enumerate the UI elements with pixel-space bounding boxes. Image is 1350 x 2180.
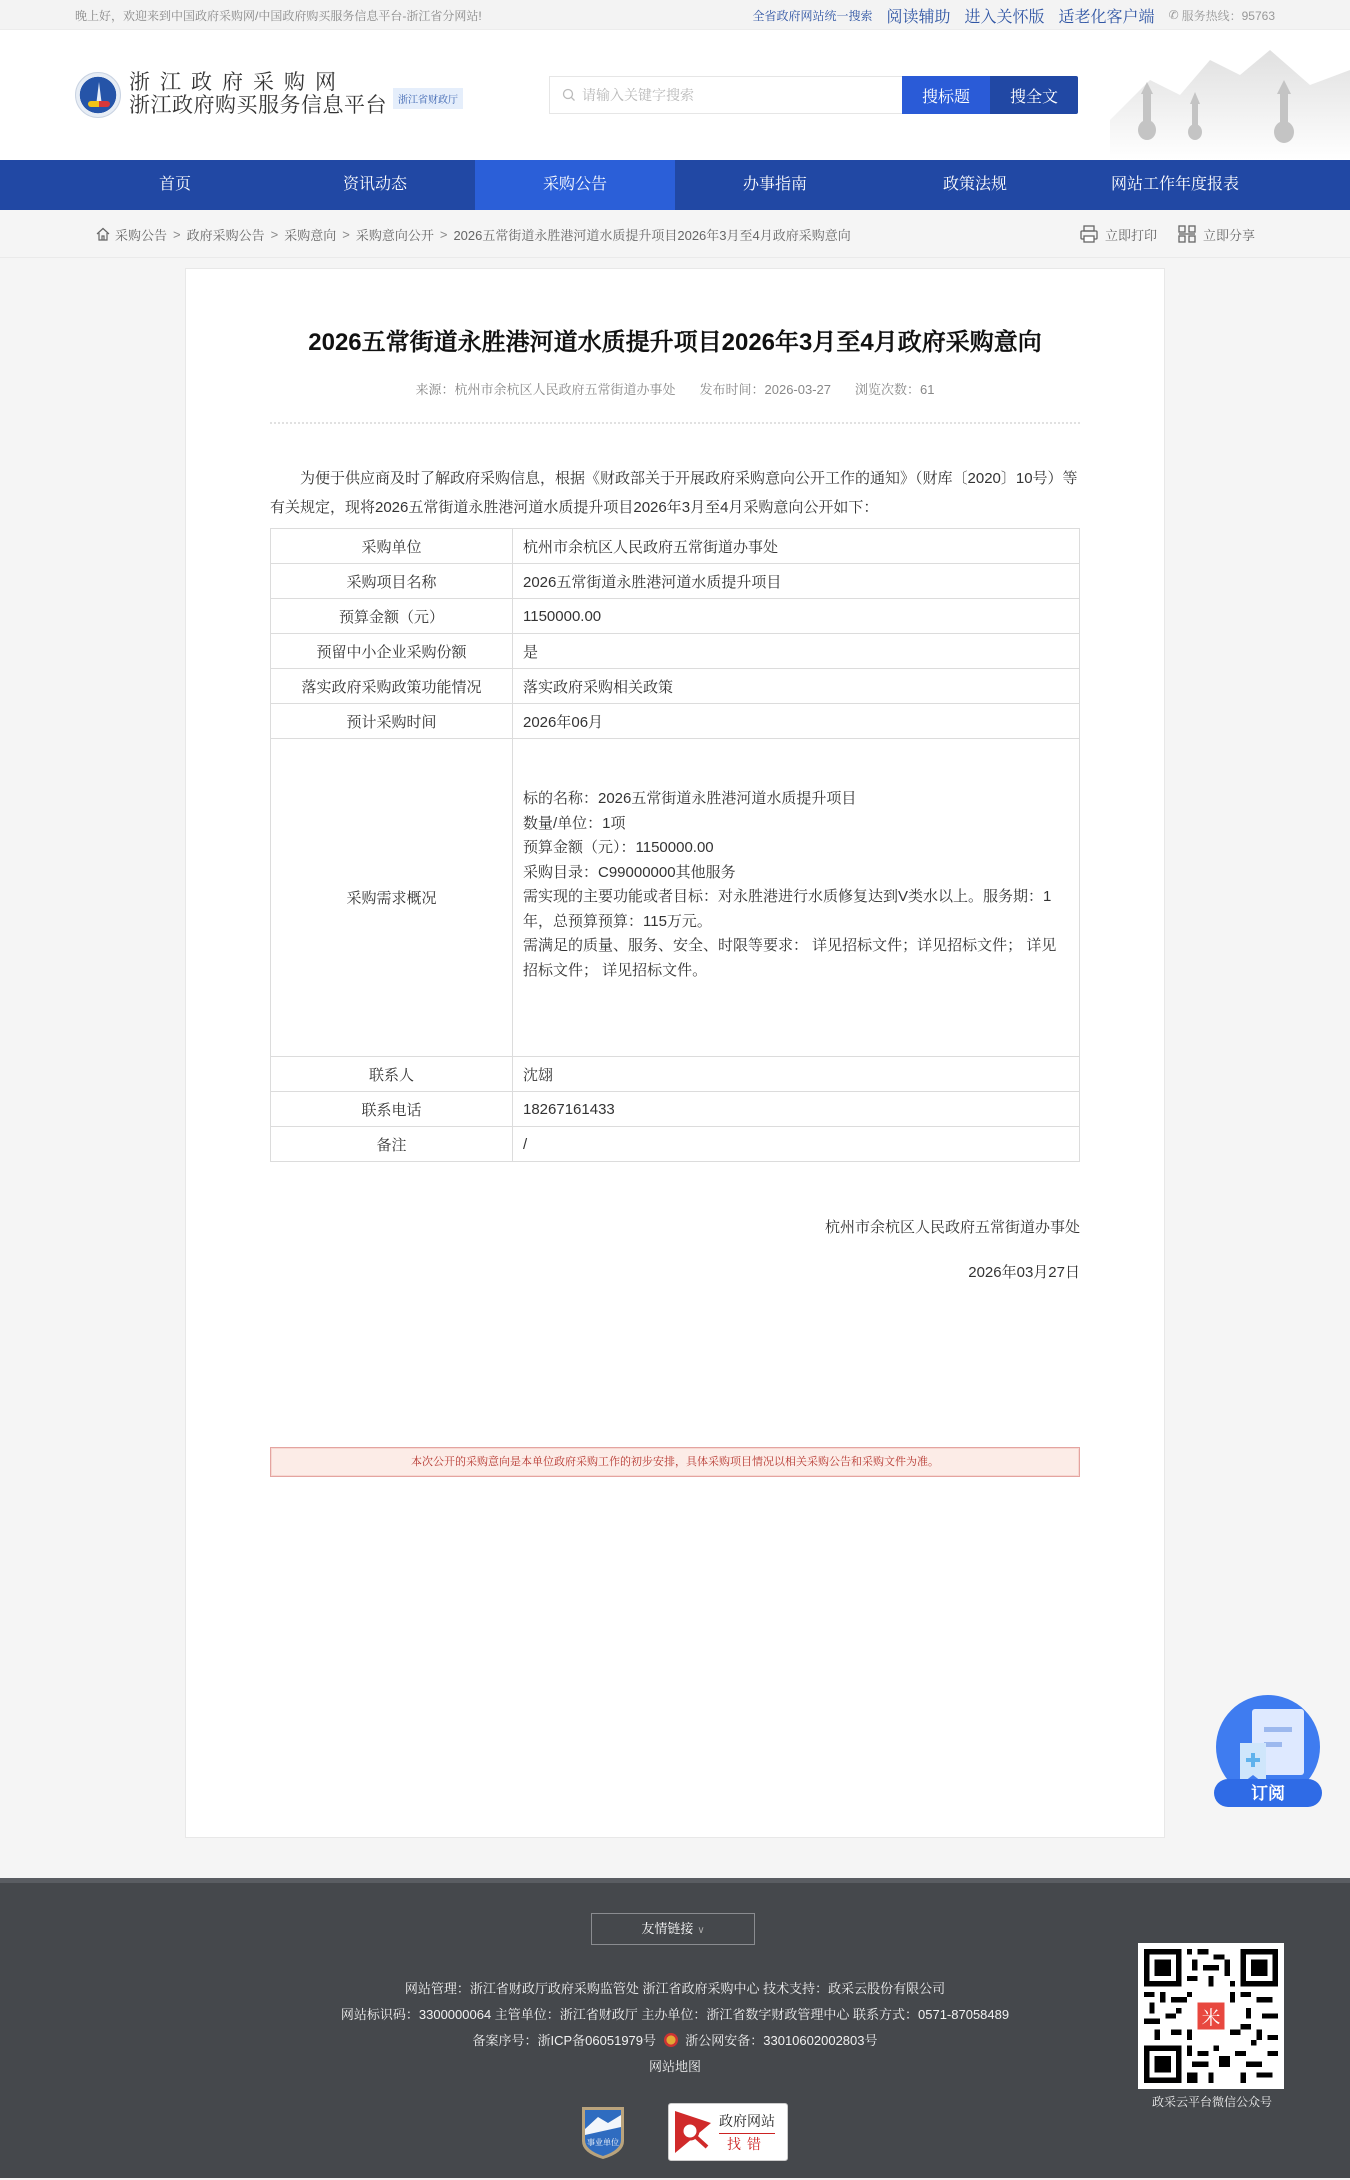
magnifier-icon xyxy=(673,2109,713,2155)
table-row: 采购项目名称2026五常街道永胜港河道水质提升项目 xyxy=(271,564,1080,599)
row-key: 联系电话 xyxy=(271,1092,513,1127)
top-links: 全省政府网站统一搜索 阅读辅助 进入关怀版 适老化客户端 ✆ 服务热线：9576… xyxy=(753,4,1276,27)
qrcode-image: 米 xyxy=(1144,1949,1278,2083)
breadcrumb-item[interactable]: 采购公告 xyxy=(115,225,167,244)
table-row: 落实政府采购政策功能情况落实政府采购相关政策 xyxy=(271,669,1080,704)
nav-annual-report[interactable]: 网站工作年度报表 xyxy=(1075,160,1275,210)
demand-line: 标的名称：2026五常街道永胜港河道水质提升项目 xyxy=(523,787,1069,812)
breadcrumb: 采购公告> 政府采购公告> 采购意向> 采购意向公开> 2026五常街道永胜港河… xyxy=(95,225,851,244)
article-meta: 来源：杭州市余杭区人民政府五常街道办事处 发布时间：2026-03-27 浏览次… xyxy=(270,379,1080,398)
welcome-text: 晚上好，欢迎来到中国政府采购网/中国政府购买服务信息平台-浙江省分网站! xyxy=(75,7,482,24)
nav-policy[interactable]: 政策法规 xyxy=(875,160,1075,210)
police-emblem-icon xyxy=(664,2033,678,2047)
nav-home[interactable]: 首页 xyxy=(75,160,275,210)
home-icon[interactable] xyxy=(95,226,111,242)
row-value: 落实政府采购相关政策 xyxy=(513,669,1080,704)
row-key: 预留中小企业采购份额 xyxy=(271,634,513,669)
row-value: 杭州市余杭区人民政府五常街道办事处 xyxy=(513,529,1080,564)
elderly-client-link[interactable]: 适老化客户端 xyxy=(1059,4,1155,27)
demand-line: 数量/单位：1项 xyxy=(523,812,1069,837)
table-row: 预计采购时间2026年06月 xyxy=(271,704,1080,739)
search-input[interactable] xyxy=(582,87,882,103)
article-card: 2026五常街道永胜港河道水质提升项目2026年3月至4月政府采购意向 来源：杭… xyxy=(185,268,1165,1838)
qrcode-label: 政采云平台微信公众号 xyxy=(1120,2093,1304,2110)
printer-icon xyxy=(1079,224,1099,244)
breadcrumb-item[interactable]: 采购意向 xyxy=(284,225,336,244)
signature-date: 2026年03月27日 xyxy=(270,1261,1080,1282)
demand-line: 需满足的质量、服务、安全、时限等要求： 详见招标文件；详见招标文件； 详见招标文… xyxy=(523,934,1069,983)
demand-summary: 标的名称：2026五常街道永胜港河道水质提升项目数量/单位：1项预算金额（元）：… xyxy=(513,739,1079,983)
row-key: 采购项目名称 xyxy=(271,564,513,599)
finance-dept-badge: 浙江省财政厅 xyxy=(393,88,463,109)
row-value: 18267161433 xyxy=(513,1092,1080,1127)
breadcrumb-item[interactable]: 政府采购公告 xyxy=(187,225,265,244)
demand-line: 采购目录：C99000000其他服务 xyxy=(523,861,1069,886)
site-logo[interactable]: 浙江政府采购网 浙江政府购买服务信息平台 浙江省财政厅 xyxy=(75,72,463,118)
search-icon xyxy=(562,88,576,102)
table-row: 联系人沈翃 xyxy=(271,1057,1080,1092)
icp-link[interactable]: 备案序号：浙ICP备06051979号 xyxy=(473,2033,657,2048)
row-value: 2026五常街道永胜港河道水质提升项目 xyxy=(513,564,1080,599)
row-key: 采购单位 xyxy=(271,529,513,564)
row-key: 预计采购时间 xyxy=(271,704,513,739)
svg-text:米: 米 xyxy=(1202,2007,1221,2029)
table-row: 备注/ xyxy=(271,1127,1080,1162)
site-footer: 友情链接∨ 网站管理：浙江省财政厅政府采购监管处 浙江省政府采购中心 技术支持：… xyxy=(0,1878,1350,2178)
article-intro: 为便于供应商及时了解政府采购信息，根据《财政部关于开展政府采购意向公开工作的通知… xyxy=(270,464,1080,522)
table-row: 采购单位杭州市余杭区人民政府五常街道办事处 xyxy=(271,529,1080,564)
nav-procurement-notices[interactable]: 采购公告 xyxy=(475,160,675,210)
row-key: 预算金额（元） xyxy=(271,599,513,634)
care-version-link[interactable]: 进入关怀版 xyxy=(965,4,1045,27)
province-search-link[interactable]: 全省政府网站统一搜索 xyxy=(753,7,873,24)
nav-news[interactable]: 资讯动态 xyxy=(275,160,475,210)
phone-icon: ✆ xyxy=(1169,8,1179,22)
top-bar: 晚上好，欢迎来到中国政府采购网/中国政府购买服务信息平台-浙江省分网站! 全省政… xyxy=(0,0,1350,30)
row-value: 2026年06月 xyxy=(513,704,1080,739)
public-institution-badge[interactable]: 事业单位 xyxy=(578,2103,628,2161)
friend-links-dropdown[interactable]: 友情链接∨ xyxy=(591,1913,755,1945)
table-row: 采购需求概况 标的名称：2026五常街道永胜港河道水质提升项目数量/单位：1项预… xyxy=(271,739,1080,1057)
nav-guide[interactable]: 办事指南 xyxy=(675,160,875,210)
logo-subtitle: 浙江政府购买服务信息平台 xyxy=(129,94,387,118)
logo-title: 浙江政府采购网 xyxy=(129,72,387,94)
procurement-table: 采购单位杭州市余杭区人民政府五常街道办事处采购项目名称2026五常街道永胜港河道… xyxy=(270,528,1080,1162)
site-header: 浙江政府采购网 浙江政府购买服务信息平台 浙江省财政厅 搜标题 搜全文 xyxy=(0,30,1350,160)
svg-text:事业单位: 事业单位 xyxy=(587,2137,619,2147)
row-value: 1150000.00 xyxy=(513,599,1080,634)
signature: 杭州市余杭区人民政府五常街道办事处 xyxy=(270,1216,1080,1237)
search-title-button[interactable]: 搜标题 xyxy=(902,76,990,114)
find-error-badge[interactable]: 政府网站 找错 xyxy=(668,2103,788,2161)
row-key: 落实政府采购政策功能情况 xyxy=(271,669,513,704)
breadcrumb-item[interactable]: 采购意向公开 xyxy=(356,225,434,244)
svg-text:订阅: 订阅 xyxy=(1251,1783,1285,1804)
emblem-icon xyxy=(75,72,121,118)
main-nav: 首页 资讯动态 采购公告 办事指南 政策法规 网站工作年度报表 xyxy=(0,160,1350,210)
subscribe-button[interactable]: 订阅 xyxy=(1210,1695,1326,1811)
print-button[interactable]: 立即打印 xyxy=(1079,224,1157,244)
row-value: 是 xyxy=(513,634,1080,669)
table-row: 预算金额（元）1150000.00 xyxy=(271,599,1080,634)
breadcrumb-bar: 采购公告> 政府采购公告> 采购意向> 采购意向公开> 2026五常街道永胜港河… xyxy=(0,210,1350,258)
divider xyxy=(270,422,1080,424)
row-value: 沈翃 xyxy=(513,1057,1080,1092)
wechat-qrcode: 米 xyxy=(1138,1943,1284,2089)
qrcode-icon xyxy=(1177,224,1197,244)
article-date: 发布时间：2026-03-27 xyxy=(700,379,832,398)
demand-line: 需实现的主要功能或者目标：对永胜港进行水质修复达到V类水以上。服务期：1年，总预… xyxy=(523,885,1069,934)
search-bar: 搜标题 搜全文 xyxy=(549,76,1078,114)
share-button[interactable]: 立即分享 xyxy=(1177,224,1255,244)
row-value: / xyxy=(513,1127,1080,1162)
landscape-decoration xyxy=(1110,30,1350,160)
row-key: 备注 xyxy=(271,1127,513,1162)
sitemap-link[interactable]: 网站地图 xyxy=(649,2059,701,2074)
hotline: ✆ 服务热线：95763 xyxy=(1169,7,1275,24)
table-row: 联系电话18267161433 xyxy=(271,1092,1080,1127)
article-views: 浏览次数：61 xyxy=(855,379,934,398)
police-record-link[interactable]: 浙公网安备：33010602002803号 xyxy=(685,2033,877,2048)
table-row: 预留中小企业采购份额是 xyxy=(271,634,1080,669)
reading-aid-link[interactable]: 阅读辅助 xyxy=(887,4,951,27)
row-key: 采购需求概况 xyxy=(271,739,513,1057)
disclaimer-notice: 本次公开的采购意向是本单位政府采购工作的初步安排，具体采购项目情况以相关采购公告… xyxy=(270,1447,1080,1477)
article-source: 来源：杭州市余杭区人民政府五常街道办事处 xyxy=(416,379,676,398)
article-title: 2026五常街道永胜港河道水质提升项目2026年3月至4月政府采购意向 xyxy=(270,269,1080,359)
breadcrumb-current: 2026五常街道永胜港河道水质提升项目2026年3月至4月政府采购意向 xyxy=(453,225,850,244)
demand-line: 预算金额（元）：1150000.00 xyxy=(523,836,1069,861)
row-key: 联系人 xyxy=(271,1057,513,1092)
search-fulltext-button[interactable]: 搜全文 xyxy=(990,76,1078,114)
chevron-down-icon: ∨ xyxy=(697,1925,704,1936)
